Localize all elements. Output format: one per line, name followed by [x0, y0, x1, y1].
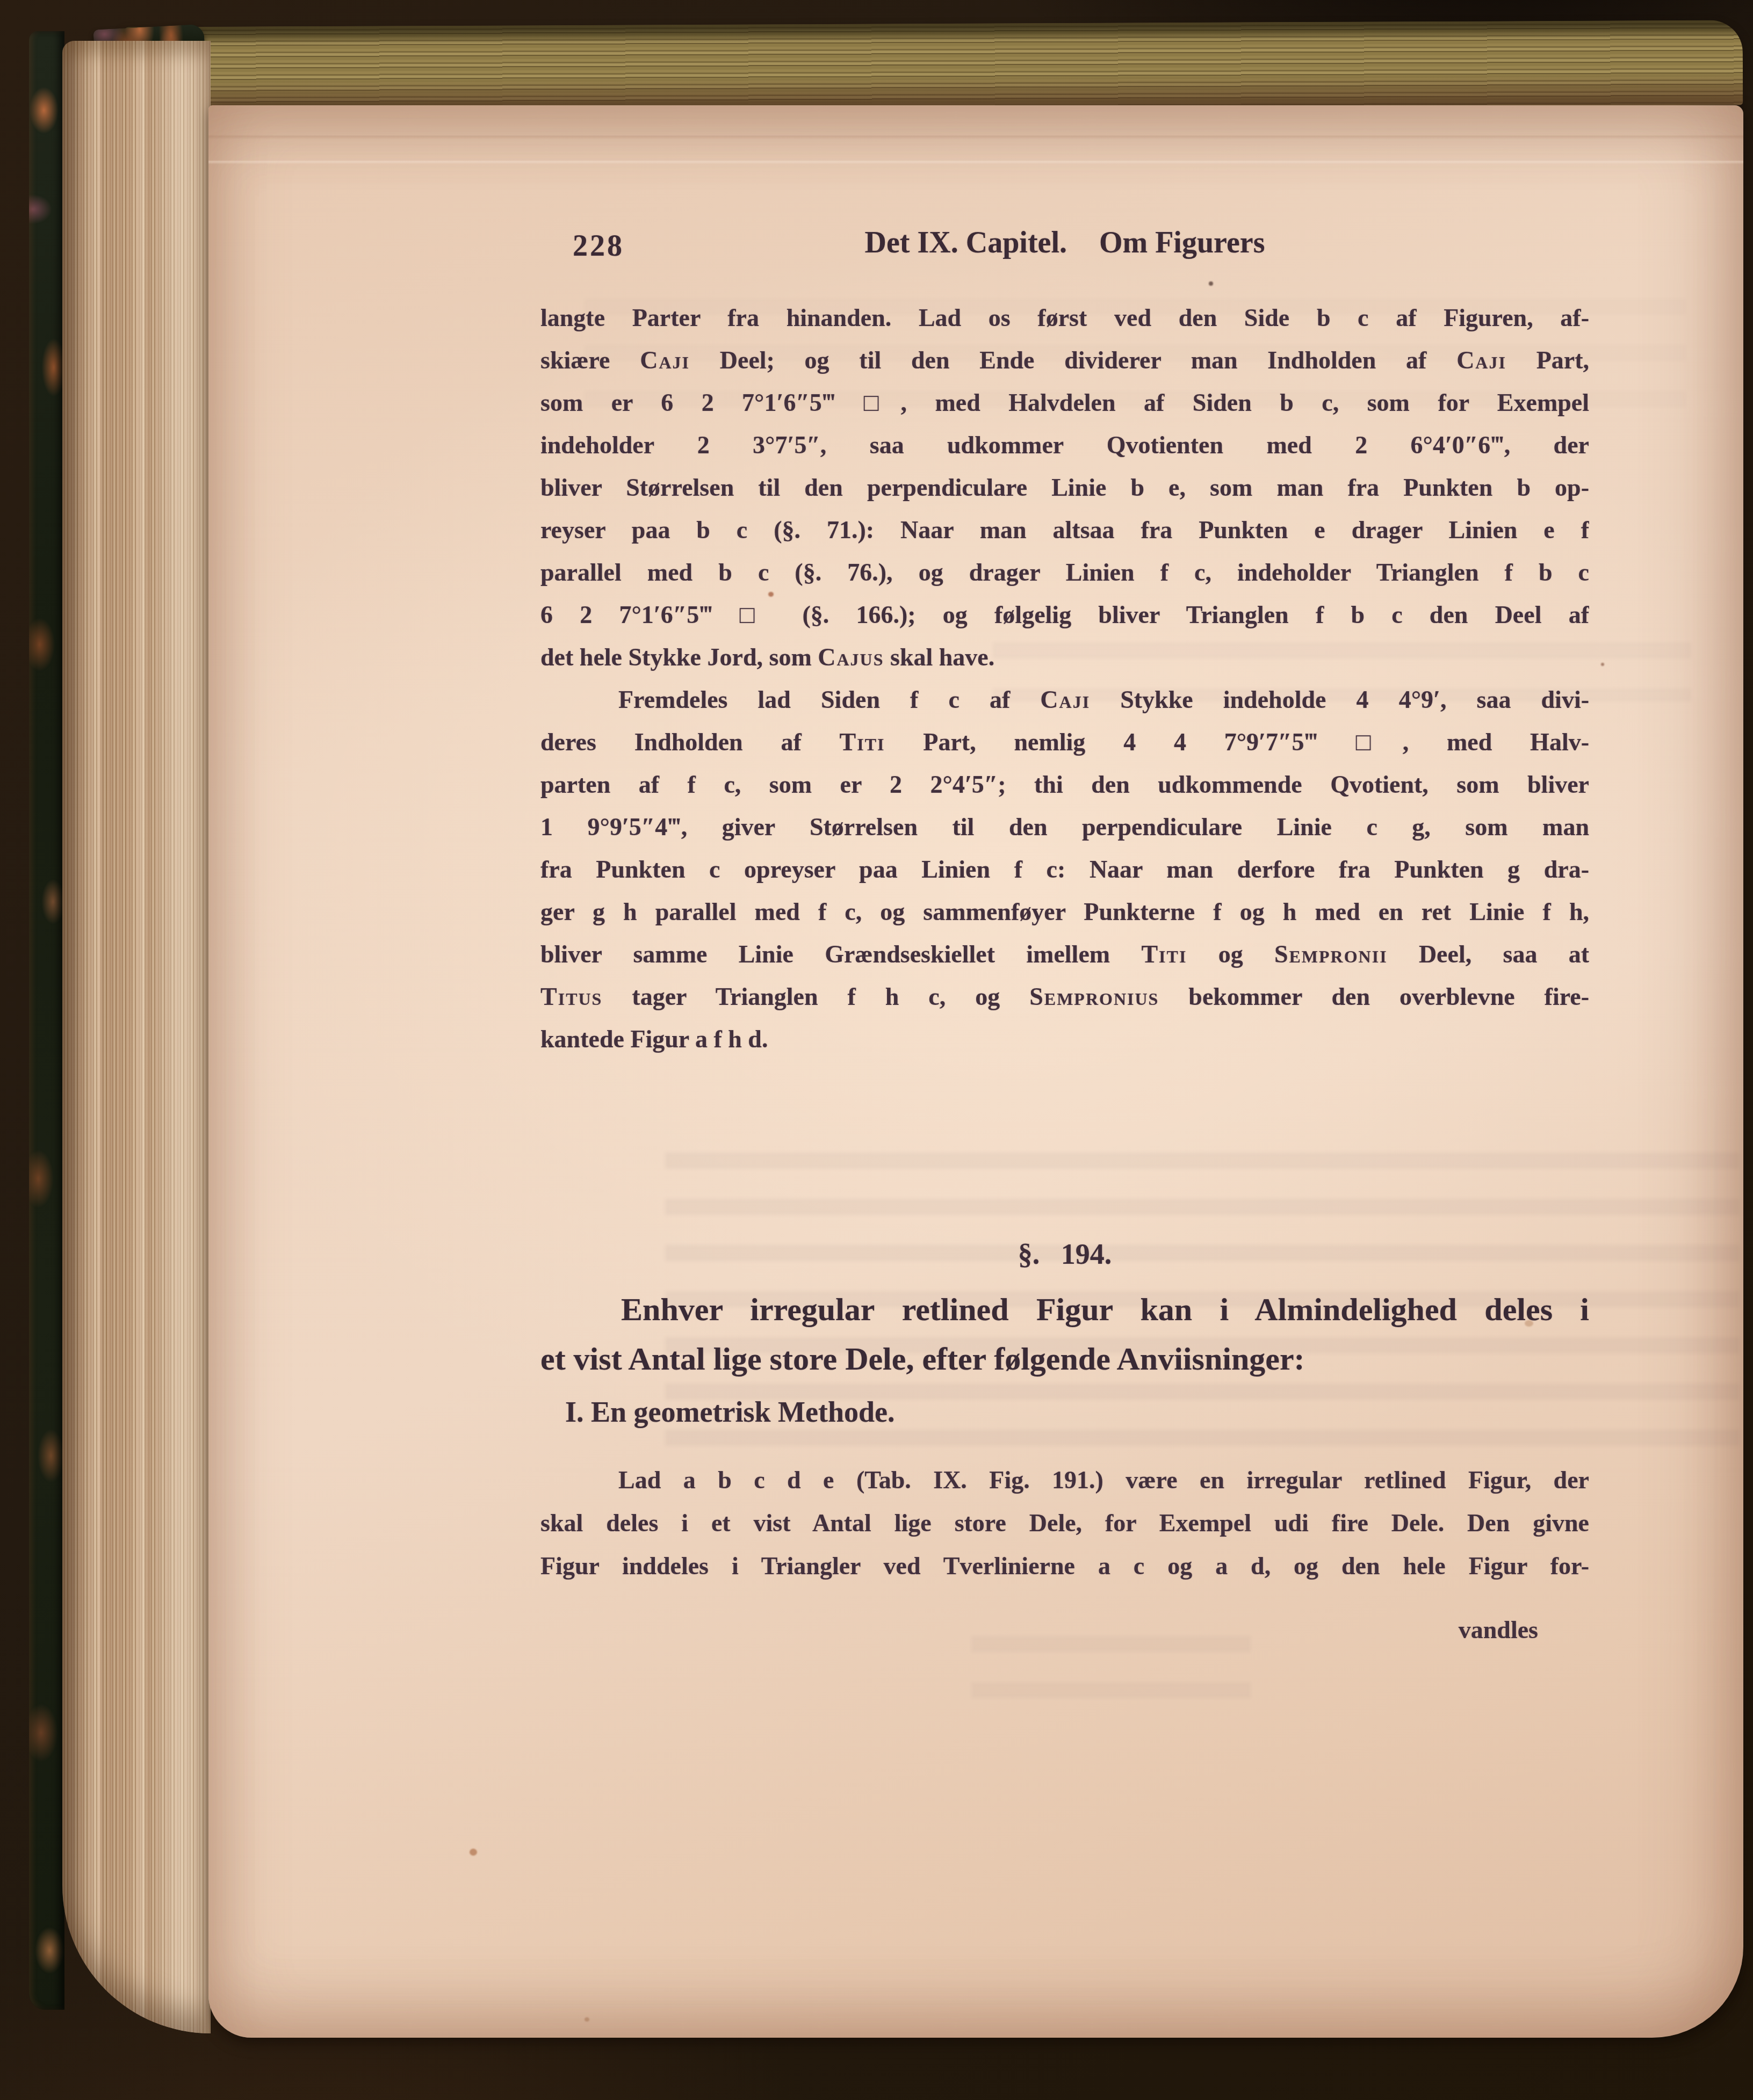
paragraph-titi-division: Fremdeles lad Siden f c af Caji Stykke i… [540, 678, 1589, 1060]
paper-speck [470, 1849, 477, 1856]
paper-speck [1601, 663, 1604, 666]
ink-showthrough [971, 1636, 1251, 1727]
text-line: langte Parter fra hinanden. Lad os først… [540, 296, 1589, 339]
text-line: ger g h parallel med f c, og sammenføyer… [540, 890, 1589, 933]
paragraph-caji-division: langte Parter fra hinanden. Lad os først… [540, 296, 1589, 678]
text-line: reyser paa b c (§. 71.): Naar man altsaa… [540, 509, 1589, 551]
chapter-title: Det IX. Capitel. [865, 226, 1067, 259]
section-statement: Enhver irregular retlined Figur kan i Al… [540, 1285, 1589, 1384]
text-line: bliver samme Linie Grændseskiellet imell… [540, 933, 1589, 975]
catchword: vandles [540, 1616, 1589, 1644]
book-page: 228 Det IX. Capitel.Om Figurers langte P… [208, 105, 1743, 2038]
running-title: Det IX. Capitel.Om Figurers [540, 226, 1589, 260]
text-line: Fremdeles lad Siden f c af Caji Stykke i… [540, 678, 1589, 721]
text-line: Titus tager Trianglen f h c, og Semproni… [540, 975, 1589, 1018]
text-line: 6 2 7°1′6″5‴ □ (§. 166.); og følgelig bl… [540, 593, 1589, 636]
text-line: kantede Figur a f h d. [540, 1018, 1589, 1060]
text-line: fra Punkten c opreyser paa Linien f c: N… [540, 848, 1589, 890]
page-header: 228 Det IX. Capitel.Om Figurers [540, 226, 1589, 269]
text-line: parten af f c, som er 2 2°4′5″; thi den … [540, 763, 1589, 806]
section-heading: §. 194. [540, 1237, 1589, 1271]
text-line: 1 9°9′5″4‴, giver Størrelsen til den per… [540, 806, 1589, 848]
page-block-fore-edge [62, 41, 211, 2033]
text-line: Enhver irregular retlined Figur kan i Al… [540, 1285, 1589, 1334]
text-line: som er 6 2 7°1′6″5‴ □, med Halvdelen af … [540, 381, 1589, 424]
paragraph-geometric-method: Lad a b c d e (Tab. IX. Fig. 191.) være … [540, 1459, 1589, 1588]
text-line: et vist Antal lige store Dele, efter føl… [540, 1334, 1589, 1384]
running-title-text: Om Figurers [1099, 226, 1265, 259]
text-line: deres Indholden af Titi Part, nemlig 4 4… [540, 721, 1589, 763]
method-label: I. En geometrisk Methode. [540, 1395, 1589, 1429]
marbled-cover-edge [29, 31, 64, 2010]
text-line: Figur inddeles i Triangler ved Tverlinie… [540, 1545, 1589, 1588]
paper-speck [585, 2017, 589, 2022]
gilt-top-edge [124, 20, 1743, 112]
paper-speck [1209, 281, 1213, 286]
text-line: parallel med b c (§. 76.), og drager Lin… [540, 551, 1589, 593]
text-line: skal deles i et vist Antal lige store De… [540, 1502, 1589, 1545]
text-line: bliver Størrelsen til den perpendiculare… [540, 466, 1589, 509]
text-line: indeholder 2 3°7′5″, saa udkommer Qvotie… [540, 424, 1589, 466]
text-line: det hele Stykke Jord, som Cajus skal hav… [540, 636, 1589, 678]
text-line: Lad a b c d e (Tab. IX. Fig. 191.) være … [540, 1459, 1589, 1502]
scanned-book-page: 228 Det IX. Capitel.Om Figurers langte P… [0, 0, 1753, 2100]
text-line: skiære Caji Deel; og til den Ende divide… [540, 339, 1589, 381]
